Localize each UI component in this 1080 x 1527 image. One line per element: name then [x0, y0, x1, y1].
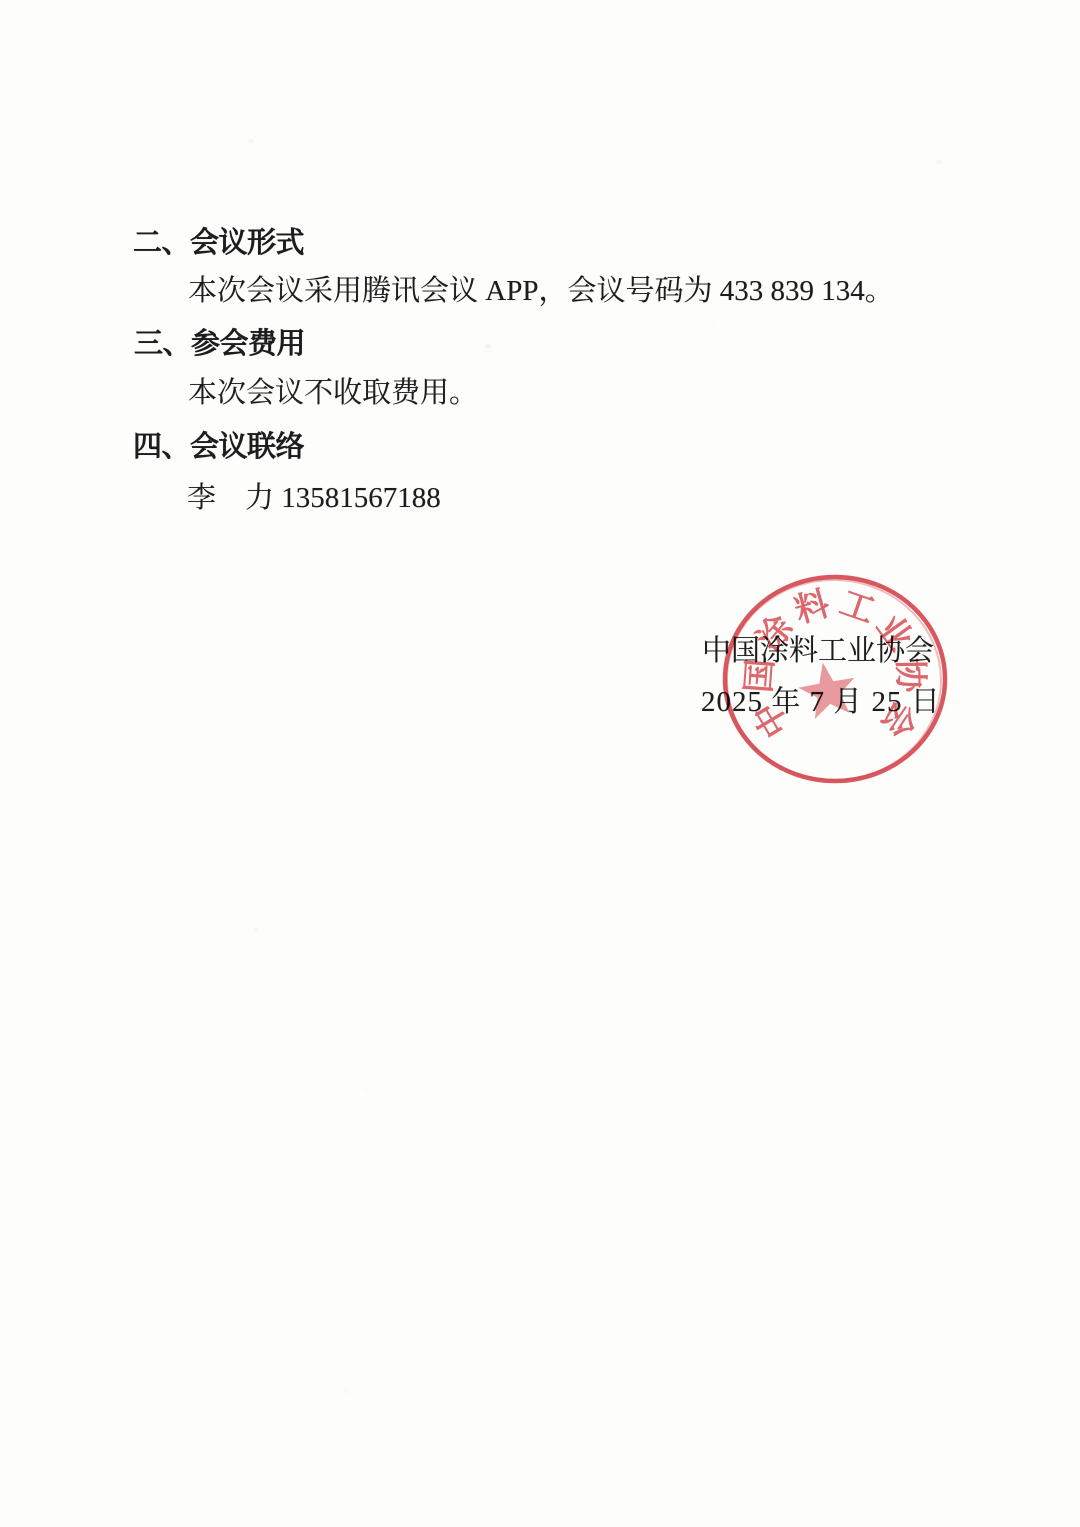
scan-noise-speckles [0, 0, 2, 2]
star-icon [795, 658, 861, 721]
section-body-meeting-format: 本次会议采用腾讯会议 APP，会议号码为 433 839 134。 [188, 277, 894, 306]
scanned-document-page: 二、会议形式 本次会议采用腾讯会议 APP，会议号码为 433 839 134。… [0, 0, 1080, 1527]
section-body-participation-fee: 本次会议不收取费用。 [188, 379, 478, 408]
official-seal-stamp: 中国涂料工业协会 [720, 570, 950, 788]
stamp-ring-text: 中国涂料工业协会 [740, 583, 929, 748]
section-body-contact-person: 李 力 13581567188 [187, 484, 441, 513]
section-heading-participation-fee: 三、参会费用 [134, 330, 305, 359]
section-heading-meeting-format: 二、会议形式 [133, 229, 304, 258]
seal-stamp-graphic: 中国涂料工业协会 [720, 570, 950, 788]
section-heading-meeting-contact: 四、会议联络 [133, 433, 304, 462]
